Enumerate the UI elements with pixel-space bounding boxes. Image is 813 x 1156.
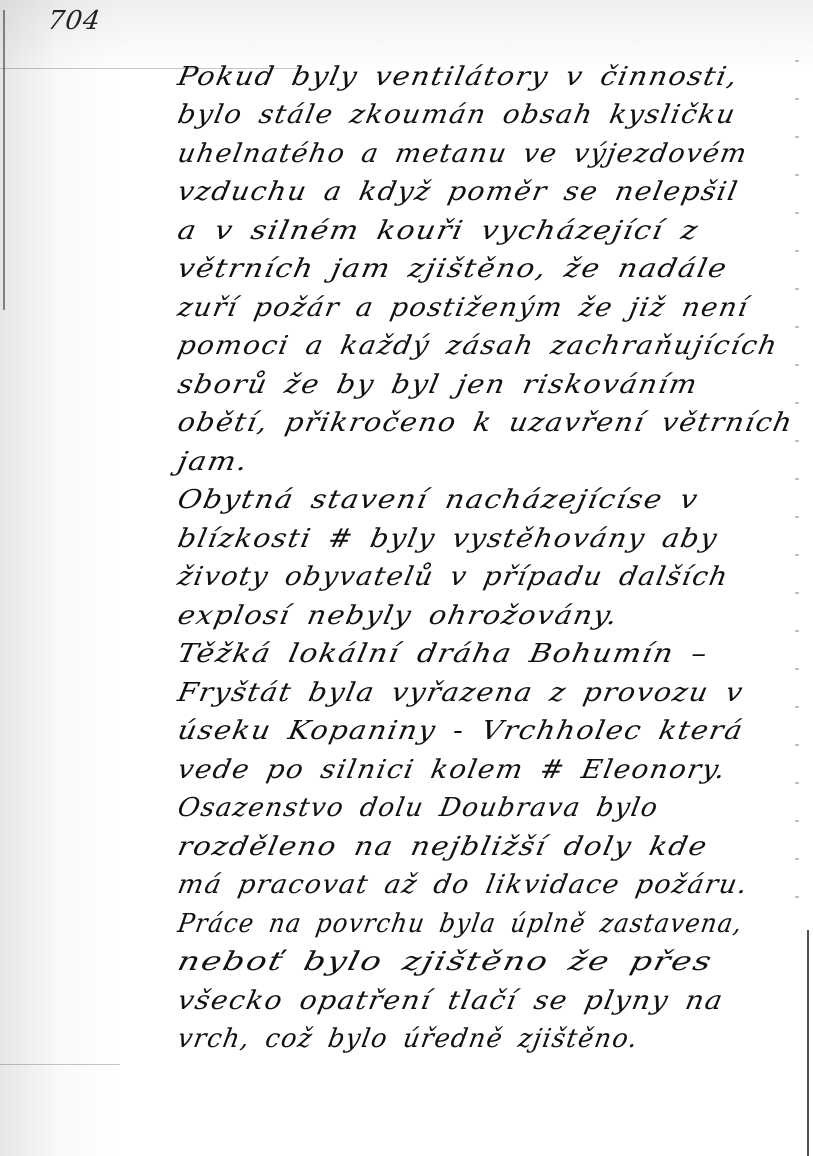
text-line: větrních jam zjištěno, že nadále (175, 254, 730, 284)
scan-shadow-top (0, 0, 813, 70)
text-line: úseku Kopaniny - Vrchholec která (175, 716, 746, 746)
text-line: vede po silnici kolem # Eleonory. (175, 755, 729, 785)
text-line: explosí nebyly ohrožovány. (175, 601, 621, 631)
text-line: má pracovat až do likvidace požáru. (175, 870, 750, 900)
text-line: jam. (175, 447, 251, 477)
text-line: všecko opatření tlačí se plyny na (175, 986, 726, 1016)
text-line: zuří požár a postiženým že již není (175, 293, 751, 323)
text-line: bylo stále zkoumán obsah kysličku (175, 100, 738, 130)
text-line: rozděleno na nejbližší doly kde (175, 832, 710, 862)
text-line: blízkosti # byly vystěhovány aby (175, 524, 720, 554)
scan-noise-right (795, 60, 799, 920)
text-line: a v silném kouři vycházející z (175, 216, 702, 246)
text-line: Pokud byly ventilátory v činnosti, (175, 62, 741, 92)
text-line: obětí, přikročeno k uzavření větrních (175, 408, 796, 438)
text-line: uhelnatého a metanu ve výjezdovém (175, 139, 750, 169)
text-line: Obytná stavení nacházejícíse v (175, 485, 701, 515)
text-line: Těžká lokální dráha Bohumín – (175, 639, 711, 669)
text-line: Osazenstvo dolu Doubrava bylo (175, 793, 661, 823)
scan-shadow-left (0, 0, 120, 1156)
page-edge-left (3, 10, 5, 310)
faint-rule (0, 1064, 120, 1065)
scanned-document-page: 704 Pokud byly ventilátory v činnosti, b… (0, 0, 813, 1156)
page-edge-right (807, 930, 809, 1156)
text-line: sborů že by byl jen riskováním (175, 370, 701, 400)
text-line: vrch, což bylo úředně zjištěno. (175, 1024, 640, 1054)
text-line: vzduchu a když poměr se nelepšil (175, 177, 741, 207)
text-line: životy obyvatelů v případu dalších (175, 562, 731, 592)
text-line: pomoci a každý zásah zachraňujících (175, 331, 781, 361)
text-line: neboť bylo zjištěno že přes (175, 947, 716, 977)
text-line: Fryštát byla vyřazena z provozu v (175, 678, 746, 708)
text-line: Práce na povrchu byla úplně zastavena, (176, 909, 745, 939)
page-number: 704 (46, 6, 103, 36)
